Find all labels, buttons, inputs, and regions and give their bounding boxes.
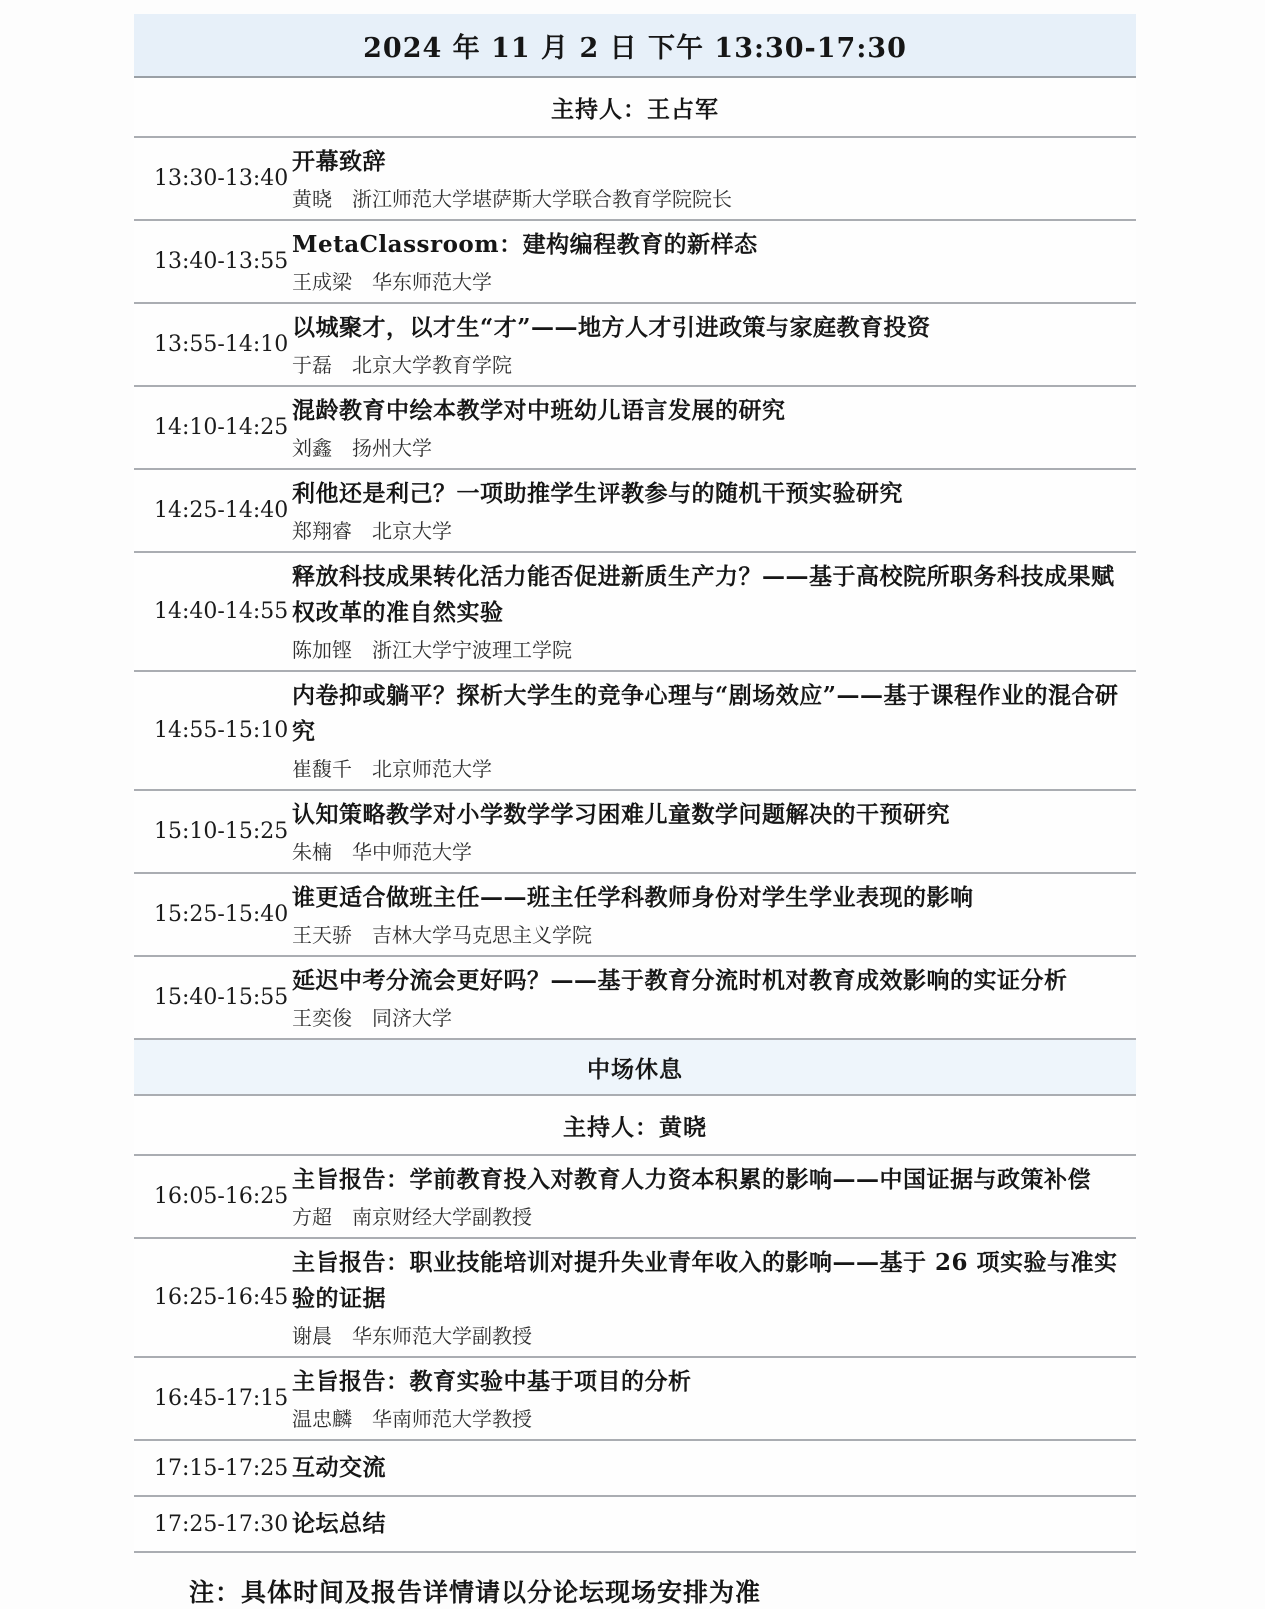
session-title: 内卷抑或躺平？探析大学生的竞争心理与“剧场效应”——基于课程作业的混合研究 <box>292 678 1132 750</box>
session-speaker: 崔馥千 北京师范大学 <box>292 755 1132 783</box>
session-title: MetaClassroom：建构编程教育的新样态 <box>292 227 1132 263</box>
session-title: 释放科技成果转化活力能否促进新质生产力？——基于高校院所职务科技成果赋权改革的准… <box>292 559 1132 631</box>
session-title: 主旨报告：教育实验中基于项目的分析 <box>292 1364 1132 1400</box>
time-slot: 14:10-14:25 <box>134 393 292 462</box>
session-title: 混龄教育中绘本教学对中班幼儿语言发展的研究 <box>292 393 1132 429</box>
time-slot: 14:55-15:10 <box>134 678 292 783</box>
time-slot: 16:45-17:15 <box>134 1364 292 1433</box>
session-content: 以城聚才，以才生“才”——地方人才引进政策与家庭教育投资于磊 北京大学教育学院 <box>292 310 1136 379</box>
time-slot: 14:25-14:40 <box>134 476 292 545</box>
session-row: 14:55-15:10内卷抑或躺平？探析大学生的竞争心理与“剧场效应”——基于课… <box>134 672 1136 791</box>
session-content: 释放科技成果转化活力能否促进新质生产力？——基于高校院所职务科技成果赋权改革的准… <box>292 559 1136 664</box>
session-speaker: 于磊 北京大学教育学院 <box>292 351 1132 379</box>
session-header-band: 2024 年 11 月 2 日 下午 13:30-17:30 <box>134 14 1136 78</box>
session-row: 13:30-13:40开幕致辞黄晓 浙江师范大学堪萨斯大学联合教育学院院长 <box>134 138 1136 221</box>
session-row: 15:10-15:25认知策略教学对小学数学学习困难儿童数学问题解决的干预研究朱… <box>134 791 1136 874</box>
time-slot: 16:05-16:25 <box>134 1162 292 1231</box>
session-row: 13:55-14:10以城聚才，以才生“才”——地方人才引进政策与家庭教育投资于… <box>134 304 1136 387</box>
host-label: 主持人：王占军 <box>551 91 719 124</box>
session-row: 15:40-15:55延迟中考分流会更好吗？——基于教育分流时机对教育成效影响的… <box>134 957 1136 1040</box>
session-content: 主旨报告：学前教育投入对教育人力资本积累的影响——中国证据与政策补偿方超 南京财… <box>292 1162 1136 1231</box>
session-content: 内卷抑或躺平？探析大学生的竞争心理与“剧场效应”——基于课程作业的混合研究崔馥千… <box>292 678 1136 783</box>
session-title: 认知策略教学对小学数学学习困难儿童数学问题解决的干预研究 <box>292 797 1132 833</box>
time-slot: 15:25-15:40 <box>134 880 292 949</box>
session-row: 14:40-14:55释放科技成果转化活力能否促进新质生产力？——基于高校院所职… <box>134 553 1136 672</box>
time-slot: 16:25-16:45 <box>134 1245 292 1350</box>
session-title: 互动交流 <box>292 1450 1132 1486</box>
time-slot: 13:55-14:10 <box>134 310 292 379</box>
session-content: 论坛总结 <box>292 1506 1136 1524</box>
break-row: 中场休息 <box>134 1040 1136 1096</box>
session-title: 开幕致辞 <box>292 144 1132 180</box>
session-speaker: 刘鑫 扬州大学 <box>292 434 1132 462</box>
time-slot: 15:10-15:25 <box>134 797 292 866</box>
time-slot: 13:30-13:40 <box>134 144 292 213</box>
time-slot: 13:40-13:55 <box>134 227 292 296</box>
session-title: 主旨报告：学前教育投入对教育人力资本积累的影响——中国证据与政策补偿 <box>292 1162 1132 1198</box>
session-row: 17:25-17:30论坛总结 <box>134 1497 1136 1524</box>
session-row: 13:40-13:55MetaClassroom：建构编程教育的新样态王成梁 华… <box>134 221 1136 304</box>
session-speaker: 朱楠 华中师范大学 <box>292 838 1132 866</box>
session-title: 论坛总结 <box>292 1506 1132 1524</box>
session-speaker: 郑翔睿 北京大学 <box>292 517 1132 545</box>
host-row: 主持人：王占军 <box>134 78 1136 138</box>
session-title: 利他还是利己？一项助推学生评教参与的随机干预实验研究 <box>292 476 1132 512</box>
session-content: 认知策略教学对小学数学学习困难儿童数学问题解决的干预研究朱楠 华中师范大学 <box>292 797 1136 866</box>
session-title: 主旨报告：职业技能培训对提升失业青年收入的影响——基于 26 项实验与准实验的证… <box>292 1245 1132 1317</box>
conference-schedule-page: 2024 年 11 月 2 日 下午 13:30-17:30 主持人：王占军13… <box>134 14 1136 1524</box>
session-speaker: 谢晨 华东师范大学副教授 <box>292 1322 1132 1350</box>
session-content: 混龄教育中绘本教学对中班幼儿语言发展的研究刘鑫 扬州大学 <box>292 393 1136 462</box>
session-date-title: 2024 年 11 月 2 日 下午 13:30-17:30 <box>363 26 907 65</box>
session-content: 互动交流 <box>292 1450 1136 1486</box>
time-slot: 14:40-14:55 <box>134 559 292 664</box>
break-label: 中场休息 <box>587 1051 683 1084</box>
session-title: 延迟中考分流会更好吗？——基于教育分流时机对教育成效影响的实证分析 <box>292 963 1132 999</box>
session-content: 谁更适合做班主任——班主任学科教师身份对学生学业表现的影响王天骄 吉林大学马克思… <box>292 880 1136 949</box>
session-content: 主旨报告：教育实验中基于项目的分析温忠麟 华南师范大学教授 <box>292 1364 1136 1433</box>
session-row: 16:25-16:45主旨报告：职业技能培训对提升失业青年收入的影响——基于 2… <box>134 1239 1136 1358</box>
session-row: 14:10-14:25混龄教育中绘本教学对中班幼儿语言发展的研究刘鑫 扬州大学 <box>134 387 1136 470</box>
session-row: 15:25-15:40谁更适合做班主任——班主任学科教师身份对学生学业表现的影响… <box>134 874 1136 957</box>
session-content: 主旨报告：职业技能培训对提升失业青年收入的影响——基于 26 项实验与准实验的证… <box>292 1245 1136 1350</box>
session-speaker: 黄晓 浙江师范大学堪萨斯大学联合教育学院院长 <box>292 185 1132 213</box>
host-label: 主持人：黄晓 <box>563 1109 707 1142</box>
session-speaker: 陈加铿 浙江大学宁波理工学院 <box>292 636 1132 664</box>
session-speaker: 王成梁 华东师范大学 <box>292 268 1132 296</box>
session-content: 开幕致辞黄晓 浙江师范大学堪萨斯大学联合教育学院院长 <box>292 144 1136 213</box>
session-content: MetaClassroom：建构编程教育的新样态王成梁 华东师范大学 <box>292 227 1136 296</box>
schedule-table: 主持人：王占军13:30-13:40开幕致辞黄晓 浙江师范大学堪萨斯大学联合教育… <box>134 78 1136 1524</box>
session-speaker: 王奕俊 同济大学 <box>292 1004 1132 1032</box>
time-slot: 17:25-17:30 <box>134 1506 292 1524</box>
session-row: 16:45-17:15主旨报告：教育实验中基于项目的分析温忠麟 华南师范大学教授 <box>134 1358 1136 1441</box>
session-content: 利他还是利己？一项助推学生评教参与的随机干预实验研究郑翔睿 北京大学 <box>292 476 1136 545</box>
session-speaker: 王天骄 吉林大学马克思主义学院 <box>292 921 1132 949</box>
session-speaker: 方超 南京财经大学副教授 <box>292 1203 1132 1231</box>
session-row: 17:15-17:25互动交流 <box>134 1441 1136 1497</box>
session-title: 以城聚才，以才生“才”——地方人才引进政策与家庭教育投资 <box>292 310 1132 346</box>
host-row: 主持人：黄晓 <box>134 1096 1136 1156</box>
session-content: 延迟中考分流会更好吗？——基于教育分流时机对教育成效影响的实证分析王奕俊 同济大… <box>292 963 1136 1032</box>
session-title: 谁更适合做班主任——班主任学科教师身份对学生学业表现的影响 <box>292 880 1132 916</box>
time-slot: 17:15-17:25 <box>134 1450 292 1486</box>
session-speaker: 温忠麟 华南师范大学教授 <box>292 1405 1132 1433</box>
session-row: 14:25-14:40利他还是利己？一项助推学生评教参与的随机干预实验研究郑翔睿… <box>134 470 1136 553</box>
time-slot: 15:40-15:55 <box>134 963 292 1032</box>
session-row: 16:05-16:25主旨报告：学前教育投入对教育人力资本积累的影响——中国证据… <box>134 1156 1136 1239</box>
